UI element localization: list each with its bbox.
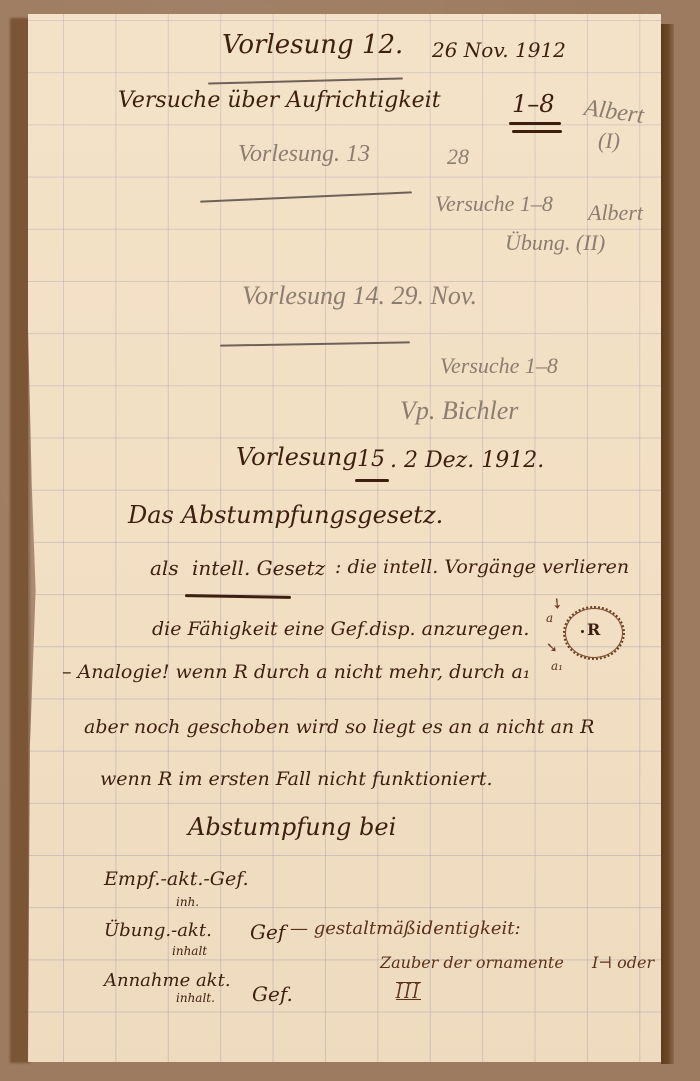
text-intell-gesetz: intell. Gesetz — [192, 558, 325, 578]
lecture-13-date: 28 — [447, 146, 469, 168]
item-empf: Empf.-akt.-Gef. — [104, 870, 249, 889]
center-dot-icon — [581, 630, 584, 633]
text-abstumpfung-bei: Abstumpfung bei — [188, 815, 396, 839]
note-ornamente: Zauber der ornamente — [380, 955, 564, 971]
lecture-13-title: Vorlesung. 13 — [238, 142, 370, 166]
paragraph-heading: Das Abstumpfungsgesetz. — [128, 503, 443, 527]
text-aber-noch: aber noch geschoben wird so liegt es an … — [84, 718, 594, 737]
text-wenn-R: wenn R im ersten Fall nicht funktioniert… — [100, 770, 493, 789]
text-als: als — [150, 558, 179, 578]
grid-paper-sheet — [28, 14, 661, 1062]
underline — [355, 479, 389, 482]
ornament-glyph-icon: ꟾꟾꟾ — [396, 985, 421, 1001]
lecture-12-pencil-num: (I) — [598, 130, 620, 152]
arrow-a1-icon: ➘ — [546, 640, 558, 656]
lecture-13-sub: Übung. (II) — [505, 232, 605, 254]
item-uebung: Übung.-akt. — [104, 922, 212, 940]
item-annahme-gef: Gef. — [252, 984, 293, 1004]
double-underline-1 — [509, 122, 561, 125]
torn-edge-shadow — [10, 18, 30, 1063]
lecture-12-title: Vorlesung 12. — [222, 32, 403, 58]
lecture-15-number: 15 — [357, 449, 385, 471]
item-uebung-sub: inhalt — [172, 945, 207, 957]
paper-shadow — [661, 24, 674, 1064]
note-ornamente-b: I⊣ oder — [592, 955, 654, 971]
lecture-12-range: 1–8 — [512, 92, 555, 116]
text-vorgaenge: : die intell. Vorgänge verlieren — [335, 558, 629, 577]
diagram-label-a: a — [546, 612, 553, 624]
item-empf-sub: inh. — [176, 896, 199, 908]
double-underline-2 — [512, 130, 562, 133]
lecture-14-title: Vorlesung 14. 29. Nov. — [242, 283, 477, 309]
item-annahme-sub: inhalt. — [176, 992, 215, 1004]
lecture-13-name: Albert — [588, 202, 643, 224]
lecture-12-topic: Versuche über Aufrichtigkeit — [118, 90, 441, 112]
diagram-label-R: R — [587, 620, 600, 639]
lecture-13-trials: Versuche 1–8 — [435, 193, 553, 215]
text-analogie: – Analogie! wenn R durch a nicht mehr, d… — [62, 663, 530, 682]
lecture-15-date: . 2 Dez. 1912. — [390, 450, 544, 472]
diagram-label-a1: a₁ — [551, 660, 563, 672]
lecture-14-trials: Versuche 1–8 — [440, 355, 558, 377]
text-faehigkeit: die Fähigkeit eine Gef.disp. anzuregen. — [152, 620, 529, 639]
lecture-14-subject: Vp. Bichler — [400, 398, 518, 424]
lecture-15-title: Vorlesung — [236, 445, 358, 469]
item-gestalt: — gestaltmäßidentigkeit: — [290, 920, 521, 938]
item-annahme: Annahme akt. — [104, 972, 231, 990]
lecture-12-date: 26 Nov. 1912 — [432, 40, 566, 60]
item-uebung-gef: Gef — [250, 922, 285, 942]
gear-wheel-diagram: R — [563, 606, 625, 660]
